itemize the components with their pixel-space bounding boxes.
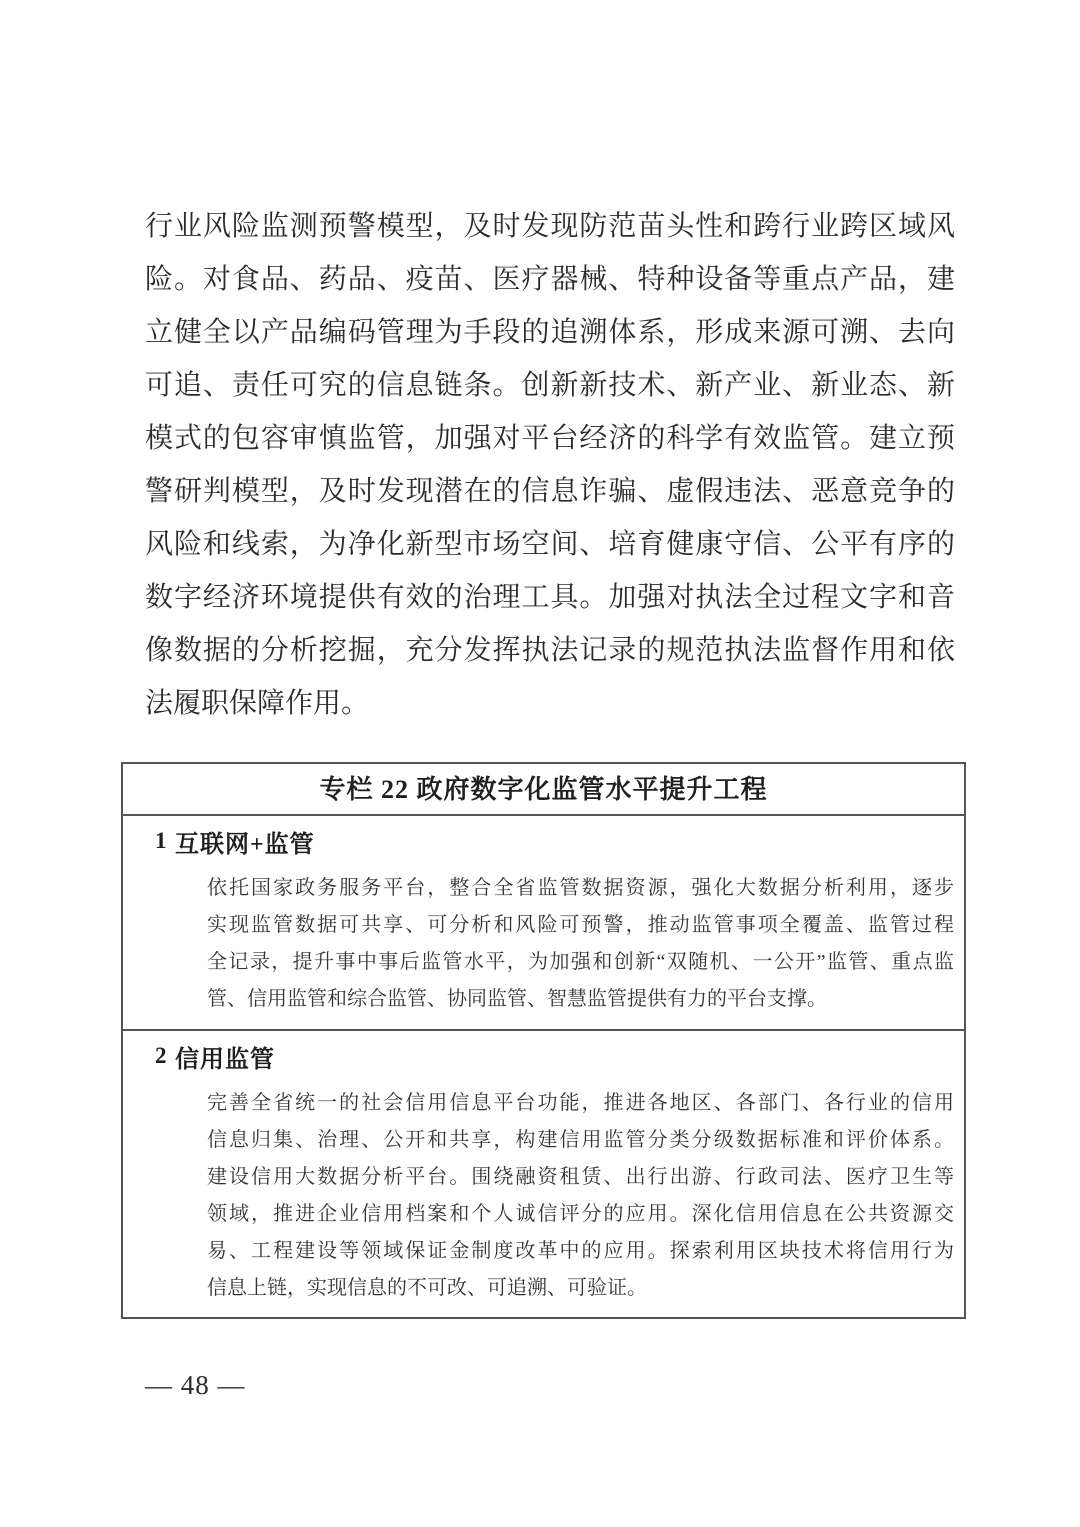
section-text-line: 易、工程建设等领域保证金制度改革中的应用。探索利用区块技术将信用行为 [207,1233,954,1270]
section-text-line: 全记录，提升事中事后监管水平，为加强和创新“双随机、一公开”监管、重点监 [207,944,954,981]
section-number: 1 [123,828,175,854]
body-text-line: 法履职保障作用。 [145,677,955,730]
body-text-line: 像数据的分析挖掘，充分发挥执法记录的规范执法监督作用和依 [145,624,955,677]
section-number: 2 [123,1043,175,1069]
section-heading-row: 1 互联网+监管 [123,822,964,860]
section-text-line: 实现监管数据可共享、可分析和风险可预警，推动监管事项全覆盖、监管过程 [207,907,954,944]
body-text-line: 数字经济环境提供有效的治理工具。加强对执法全过程文字和音 [145,571,955,624]
column-22-panel: 专栏 22 政府数字化监管水平提升工程 1 互联网+监管 依托国家政务服务平台，… [121,762,966,1319]
panel-title: 专栏 22 政府数字化监管水平提升工程 [123,764,964,816]
section-text-line: 完善全省统一的社会信用信息平台功能，推进各地区、各部门、各行业的信用 [207,1085,954,1122]
section-heading: 信用监管 [175,1039,275,1074]
page-number: — 48 — [145,1370,246,1401]
panel-section-credit-supervision: 2 信用监管 完善全省统一的社会信用信息平台功能，推进各地区、各部门、各行业的信… [123,1029,964,1317]
section-heading-row: 2 信用监管 [123,1037,964,1075]
body-text-line: 风险和线索，为净化新型市场空间、培育健康守信、公平有序的 [145,518,955,571]
document-page: 行业风险监测预警模型，及时发现防范苗头性和跨行业跨区域风 险。对食品、药品、疫苗… [0,0,1080,1527]
body-text-line: 可追、责任可究的信息链条。创新新技术、新产业、新业态、新 [145,359,955,412]
body-paragraph: 行业风险监测预警模型，及时发现防范苗头性和跨行业跨区域风 险。对食品、药品、疫苗… [145,200,955,730]
panel-section-internet-supervision: 1 互联网+监管 依托国家政务服务平台，整合全省监管数据资源，强化大数据分析利用… [123,816,964,1029]
section-text-line: 信息归集、治理、公开和共享，构建信用监管分类分级数据标准和评价体系。 [207,1122,954,1159]
section-text-line: 依托国家政务服务平台，整合全省监管数据资源，强化大数据分析利用，逐步 [207,870,954,907]
section-paragraph: 完善全省统一的社会信用信息平台功能，推进各地区、各部门、各行业的信用 信息归集、… [207,1085,954,1307]
body-text-line: 立健全以产品编码管理为手段的追溯体系，形成来源可溯、去向 [145,306,955,359]
body-text-line: 警研判模型，及时发现潜在的信息诈骗、虚假违法、恶意竞争的 [145,465,955,518]
body-text-line: 行业风险监测预警模型，及时发现防范苗头性和跨行业跨区域风 [145,200,955,253]
section-text-line: 管、信用监管和综合监管、协同监管、智慧监管提供有力的平台支撑。 [207,981,954,1018]
section-text-line: 领域，推进企业信用档案和个人诚信评分的应用。深化信用信息在公共资源交 [207,1196,954,1233]
body-text-line: 模式的包容审慎监管，加强对平台经济的科学有效监管。建立预 [145,412,955,465]
section-paragraph: 依托国家政务服务平台，整合全省监管数据资源，强化大数据分析利用，逐步 实现监管数… [207,870,954,1018]
section-text-line: 信息上链，实现信息的不可改、可追溯、可验证。 [207,1270,954,1307]
body-text-line: 险。对食品、药品、疫苗、医疗器械、特种设备等重点产品，建 [145,253,955,306]
section-heading: 互联网+监管 [175,824,315,859]
section-text-line: 建设信用大数据分析平台。围绕融资租赁、出行出游、行政司法、医疗卫生等 [207,1159,954,1196]
